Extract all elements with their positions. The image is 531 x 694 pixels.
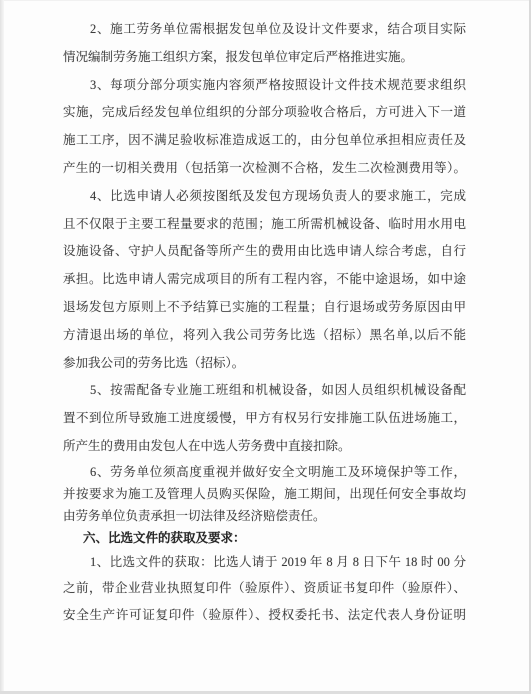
text-line: 4、比选申请人必须按图纸及发包方现场负责人的要求施工，完成 [63, 183, 466, 211]
text-line: 3、每项分部分项实施内容须严格按照设计文件技术规范要求组织 [63, 72, 466, 100]
document-text-block: 2、施工劳务单位需根据发包单位及设计文件要求，结合项目实际 情况编制劳务施工组织… [63, 16, 466, 628]
paragraph-clause-2: 2、施工劳务单位需根据发包单位及设计文件要求，结合项目实际 情况编制劳务施工组织… [63, 16, 466, 72]
paragraph-clause-6-1: 1、比选文件的获取：比选人请于 2019 年 8 月 8 日下午 18 时 00… [63, 549, 466, 629]
paragraph-clause-5: 5、按需配备专业施工班组和机械设备，如因人员组织机械设备配 置不到位所导致施工进… [63, 377, 466, 460]
paragraph-clause-6: 6、劳务单位须高度重视并做好安全文明施工及环境保护等工作， 并按要求为施工及管理… [63, 461, 466, 527]
scan-edge-left [0, 0, 4, 694]
section-heading-text: 六、比选文件的获取及要求： [63, 527, 466, 549]
text-line: 参加我公司的劳务比选（招标）。 [63, 350, 466, 378]
text-line: 之前，带企业营业执照复印件（验原件）、资质证书复印件（验原件）、 [63, 575, 466, 602]
scan-edge-top [0, 0, 531, 1]
paragraph-clause-4: 4、比选申请人必须按图纸及发包方现场负责人的要求施工，完成 且不仅限于主要工程量… [63, 183, 466, 378]
text-line: 产生的一切相关费用（包括第一次检测不合格，发生二次检测费用等）。 [63, 155, 466, 183]
text-line: 安全生产许可证复印件（验原件）、授权委托书、法定代表人身份证明 [63, 602, 466, 629]
text-line: 并按要求为施工及管理人员购买保险，施工期间，出现任何安全事故均 [63, 483, 466, 505]
section-six-heading: 六、比选文件的获取及要求： [63, 527, 466, 549]
text-line: 退场发包方原则上不予结算已实施的工程量；自行退场或劳务原因由甲 [63, 294, 466, 322]
text-line: 1、比选文件的获取：比选人请于 2019 年 8 月 8 日下午 18 时 00… [63, 549, 466, 576]
text-line: 且不仅限于主要工程量要求的范围；施工所需机械设备、临时用水用电 [63, 211, 466, 239]
text-line: 由劳务单位负责承担一切法律及经济赔偿责任。 [63, 505, 466, 527]
text-line: 设施设备、守护人员配备等所产生的费用由比选申请人综合考虑，自行 [63, 238, 466, 266]
text-line: 承担。比选申请人需完成项目的所有工程内容，不能中途退场，如中途 [63, 266, 466, 294]
text-line: 6、劳务单位须高度重视并做好安全文明施工及环境保护等工作， [63, 461, 466, 483]
paragraph-clause-3: 3、每项分部分项实施内容须严格按照设计文件技术规范要求组织 实施，完成后经发包单… [63, 72, 466, 183]
text-line: 方清退出场的单位，将列入我公司劳务比选（招标）黑名单,以后不能 [63, 322, 466, 350]
text-line: 5、按需配备专业施工班组和机械设备，如因人员组织机械设备配 [63, 377, 466, 405]
text-line: 所产生的费用由发包人在中选人劳务费中直接扣除。 [63, 433, 466, 461]
text-line: 情况编制劳务施工组织方案，报发包单位审定后严格推进实施。 [63, 44, 466, 72]
text-line: 施工工序，因不满足验收标准造成返工的，由分包单位承担相应责任及 [63, 127, 466, 155]
text-line: 实施，完成后经发包单位组织的分部分项验收合格后，方可进入下一道 [63, 99, 466, 127]
document-page: 2、施工劳务单位需根据发包单位及设计文件要求，结合项目实际 情况编制劳务施工组织… [0, 0, 531, 694]
text-line: 2、施工劳务单位需根据发包单位及设计文件要求，结合项目实际 [63, 16, 466, 44]
text-line: 置不到位所导致施工进度缓慢，甲方有权另行安排施工队伍进场施工， [63, 405, 466, 433]
